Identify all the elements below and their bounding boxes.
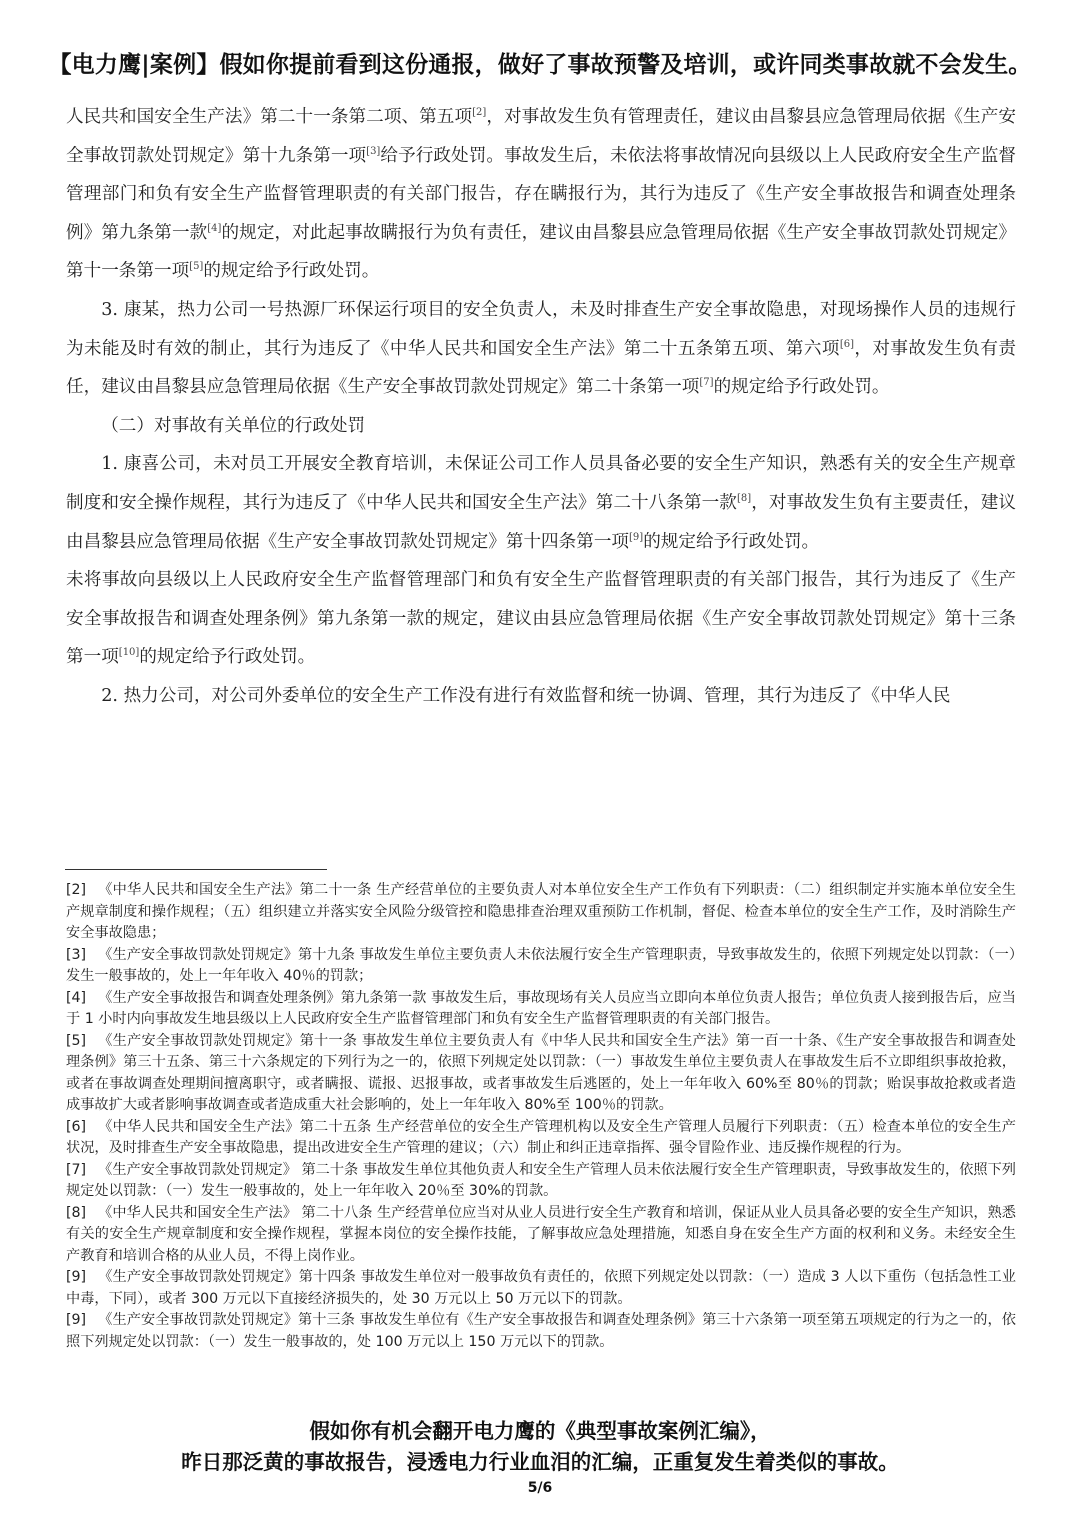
- footnote-ref-10[interactable]: [10]: [119, 647, 140, 658]
- footnote-7: [7]《生产安全事故罚款处罚规定》 第二十条 事故发生单位其他负责人和安全生产管…: [66, 1160, 1016, 1203]
- footnote-ref-8[interactable]: [8]: [737, 493, 751, 504]
- paragraph-item-2-heating-company: 2. 热力公司，对公司外委单位的安全生产工作没有进行有效监督和统一协调、管理，其…: [66, 677, 1016, 716]
- page-number: 5/6: [0, 1480, 1080, 1496]
- footnote-divider: [65, 869, 327, 870]
- footnote-2: [2]《中华人民共和国安全生产法》第二十一条 生产经营单位的主要负责人对本单位安…: [66, 880, 1016, 945]
- footnote-9b: [9]《生产安全事故罚款处罚规定》第十三条 事故发生单位有《生产安全事故报告和调…: [66, 1310, 1016, 1353]
- page-banner-headline: 【电力鹰|案例】假如你提前看到这份通报，做好了事故预警及培训，或许同类事故就不会…: [0, 46, 1080, 79]
- section-heading-unit-penalties: （二）对事故有关单位的行政处罚: [66, 407, 1016, 446]
- closing-promo: 假如你有机会翻开电力鹰的《典型事故案例汇编》， 昨日那泛黄的事故报告，浸透电力行…: [0, 1416, 1080, 1478]
- footnote-9: [9]《生产安全事故罚款处罚规定》第十四条 事故发生单位对一般事故负有责任的，依…: [66, 1267, 1016, 1310]
- footnote-5: [5]《生产安全事故罚款处罚规定》第十一条 事故发生单位主要负责人有《中华人民共…: [66, 1031, 1016, 1117]
- footnote-8: [8]《中华人民共和国安全生产法》 第二十八条 生产经营单位应当对从业人员进行安…: [66, 1203, 1016, 1268]
- footnote-ref-2[interactable]: [2]: [472, 107, 486, 118]
- footnote-4: [4]《生产安全事故报告和调查处理条例》第九条第一款 事故发生后，事故现场有关人…: [66, 988, 1016, 1031]
- footnotes-section: [2]《中华人民共和国安全生产法》第二十一条 生产经营单位的主要负责人对本单位安…: [66, 880, 1016, 1353]
- footnote-ref-7[interactable]: [7]: [699, 377, 713, 388]
- footnote-6: [6]《中华人民共和国安全生产法》第二十五条 生产经营单位的安全生产管理机构以及…: [66, 1117, 1016, 1160]
- paragraph-item-1-kangxi: 1. 康喜公司，未对员工开展安全教育培训，未保证公司工作人员具备必要的安全生产知…: [66, 445, 1016, 561]
- footnote-ref-5[interactable]: [5]: [189, 262, 203, 273]
- footnote-ref-4[interactable]: [4]: [207, 223, 221, 234]
- footnote-3: [3]《生产安全事故罚款处罚规定》第十九条 事故发生单位主要负责人未依法履行安全…: [66, 945, 1016, 988]
- footnote-ref-6[interactable]: [6]: [840, 339, 854, 350]
- footnote-ref-9[interactable]: [9]: [629, 532, 643, 543]
- paragraph-responsibility-continued: 人民共和国安全生产法》第二十一条第二项、第五项[2]，对事故发生负有管理责任，建…: [66, 98, 1016, 291]
- closing-line-1: 假如你有机会翻开电力鹰的《典型事故案例汇编》，: [0, 1416, 1080, 1447]
- paragraph-unreported-accident: 未将事故向县级以上人民政府安全生产监督管理部门和负有安全生产监督管理职责的有关部…: [66, 561, 1016, 677]
- document-body: 人民共和国安全生产法》第二十一条第二项、第五项[2]，对事故发生负有管理责任，建…: [66, 98, 1016, 716]
- closing-line-2: 昨日那泛黄的事故报告，浸透电力行业血泪的汇编，正重复发生着类似的事故。: [0, 1447, 1080, 1478]
- footnote-ref-3[interactable]: [3]: [366, 146, 380, 157]
- paragraph-item-3-kang: 3. 康某，热力公司一号热源厂环保运行项目的安全负责人，未及时排查生产安全事故隐…: [66, 291, 1016, 407]
